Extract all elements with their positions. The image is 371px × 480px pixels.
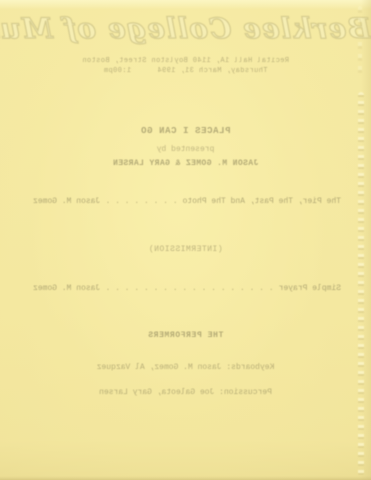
composer-name: Jason M. Gomez [33, 284, 100, 293]
piece-title: Simple Prayer [279, 284, 341, 293]
performers-line-1: Keyboards: Jason M. Gomez, Al Vazquez [0, 363, 371, 372]
dot-leader: . . . . . . . . . . . . . . . . . . . . … [105, 284, 273, 293]
date-line: Thursday, March 31, 19941:00pm [0, 67, 371, 75]
performers-line-2: Percussion: Joe Galeota, Gary Larsen [0, 388, 371, 397]
program-line-2: Simple Prayer . . . . . . . . . . . . . … [33, 284, 341, 293]
recital-title: PLACES I CAN GO [0, 126, 371, 136]
presenters-names: JASON M. GOMEZ & GARY LARSEN [0, 159, 371, 168]
date-text: Thursday, March 31, 1994 [157, 67, 267, 75]
presented-by-label: presented by [0, 145, 371, 154]
berklee-logo-text: Berklee College of Music [0, 12, 371, 45]
dot-leader: . . . . . . . . . . . . . . . . . . . . … [105, 197, 177, 206]
paper-bottom-edge [0, 476, 371, 480]
intermission-label: (INTERMISSION) [0, 245, 371, 254]
piece-title: The Pier, The Past, And The Photo [183, 197, 341, 206]
performers-heading: THE PERFORMERS [0, 331, 371, 340]
time-text: 1:00pm [103, 67, 131, 75]
deckled-edge-top [358, 6, 362, 76]
paper-top-edge [0, 0, 371, 9]
scanned-program-page: Berklee College of Music Recital Hall 1A… [0, 0, 371, 480]
program-line-1: The Pier, The Past, And The Photo . . . … [33, 197, 341, 206]
composer-name: Jason M. Gomez [33, 197, 100, 206]
venue-line: Recital Hall 1A, 1140 Boylston Street, B… [0, 57, 371, 65]
showthrough-mirrored-layer: Berklee College of Music Recital Hall 1A… [0, 0, 371, 480]
deckled-perforated-edge [358, 92, 364, 476]
